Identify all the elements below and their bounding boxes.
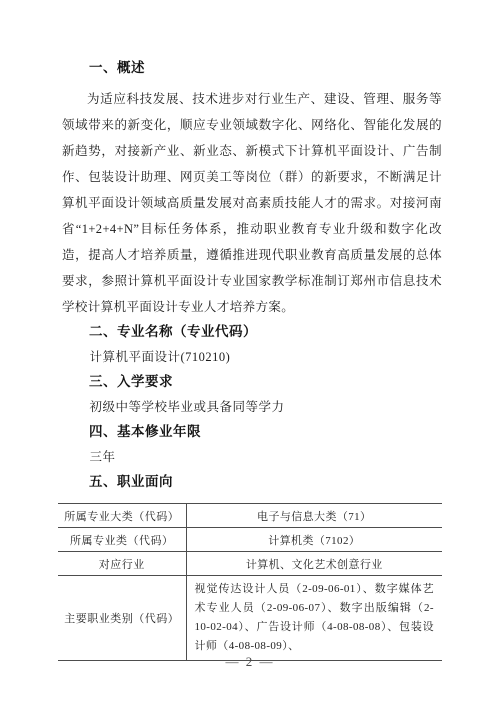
career-orientation-table: 所属专业大类（代码） 电子与信息大类（71） 所属专业类（代码） 计算机类（71… xyxy=(58,503,442,661)
table-row: 对应行业 计算机、文化艺术创意行业 xyxy=(58,552,442,576)
table-row: 所属专业大类（代码） 电子与信息大类（71） xyxy=(58,504,442,528)
table-row: 主要职业类别（代码） 视觉传达设计人员（2-09-06-01）、数字媒体艺术专业… xyxy=(58,576,442,661)
section-heading-overview: 一、概述 xyxy=(62,58,442,78)
page-number: — 2 — xyxy=(0,654,500,670)
section-heading-entry-requirements: 三、入学要求 xyxy=(62,370,442,395)
study-duration-text: 三年 xyxy=(62,445,442,470)
entry-requirements-text: 初级中等学校毕业或具备同等学力 xyxy=(62,395,442,420)
section-heading-career-orientation: 五、职业面向 xyxy=(62,470,442,495)
major-name-text: 计算机平面设计(710210) xyxy=(62,345,442,370)
table-row: 所属专业类（代码） 计算机类（7102） xyxy=(58,528,442,552)
section-heading-major-name: 二、专业名称（专业代码） xyxy=(62,320,442,345)
row-value-major-category: 电子与信息大类（71） xyxy=(186,504,442,528)
document-page: 一、概述 为适应科技发展、技术进步对行业生产、建设、管理、服务等领域带来的新变化… xyxy=(0,0,500,707)
row-label-industry: 对应行业 xyxy=(58,552,186,576)
row-label-major-category: 所属专业大类（代码） xyxy=(58,504,186,528)
row-value-major-class: 计算机类（7102） xyxy=(186,528,442,552)
overview-paragraph: 为适应科技发展、技术进步对行业生产、建设、管理、服务等领域带来的新变化，顺应专业… xyxy=(62,86,442,320)
row-value-job-categories: 视觉传达设计人员（2-09-06-01）、数字媒体艺术专业人员（2-09-06-… xyxy=(186,576,442,661)
row-label-job-categories: 主要职业类别（代码） xyxy=(58,576,186,661)
document-content: 一、概述 为适应科技发展、技术进步对行业生产、建设、管理、服务等领域带来的新变化… xyxy=(62,58,442,661)
section-heading-study-duration: 四、基本修业年限 xyxy=(62,420,442,445)
row-label-major-class: 所属专业类（代码） xyxy=(58,528,186,552)
row-value-industry: 计算机、文化艺术创意行业 xyxy=(186,552,442,576)
